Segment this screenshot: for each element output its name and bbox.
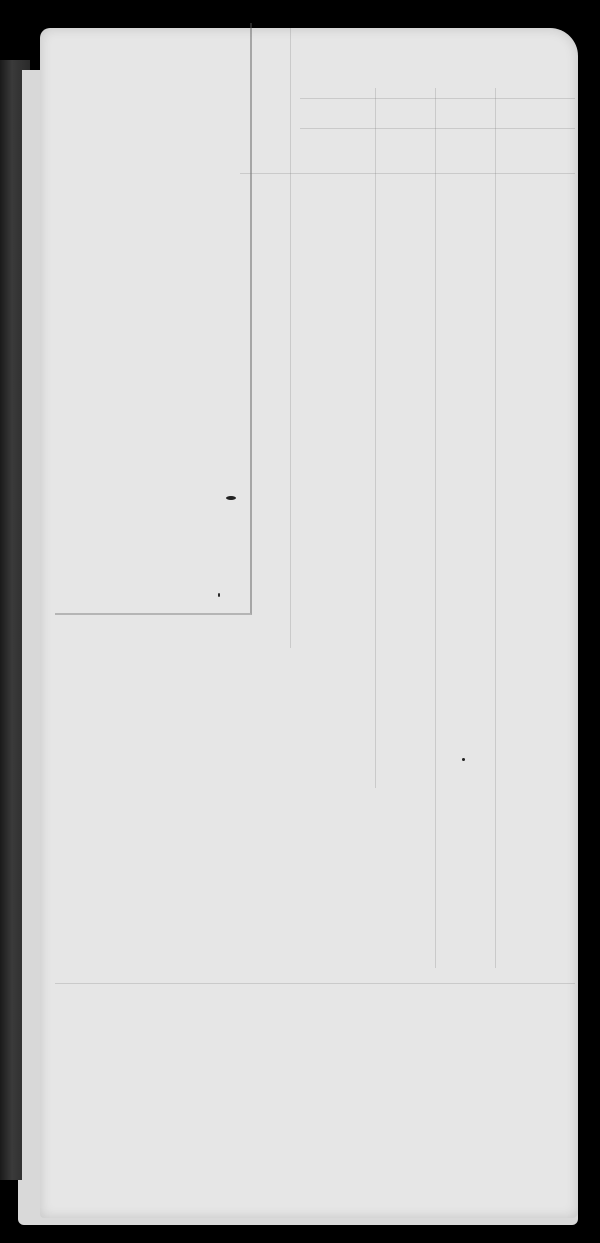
- ruled-line: [290, 28, 291, 648]
- ink-speck: [218, 593, 220, 597]
- ink-blot: [226, 496, 236, 500]
- ruled-line: [375, 88, 376, 788]
- ruled-line: [300, 98, 575, 99]
- ruled-line: [55, 983, 575, 984]
- ink-speck: [462, 758, 465, 761]
- ruled-line: [435, 88, 436, 968]
- ledger-page: [40, 28, 578, 1218]
- ruled-box: [55, 23, 252, 615]
- ruled-line: [300, 128, 575, 129]
- ruled-line: [495, 88, 496, 968]
